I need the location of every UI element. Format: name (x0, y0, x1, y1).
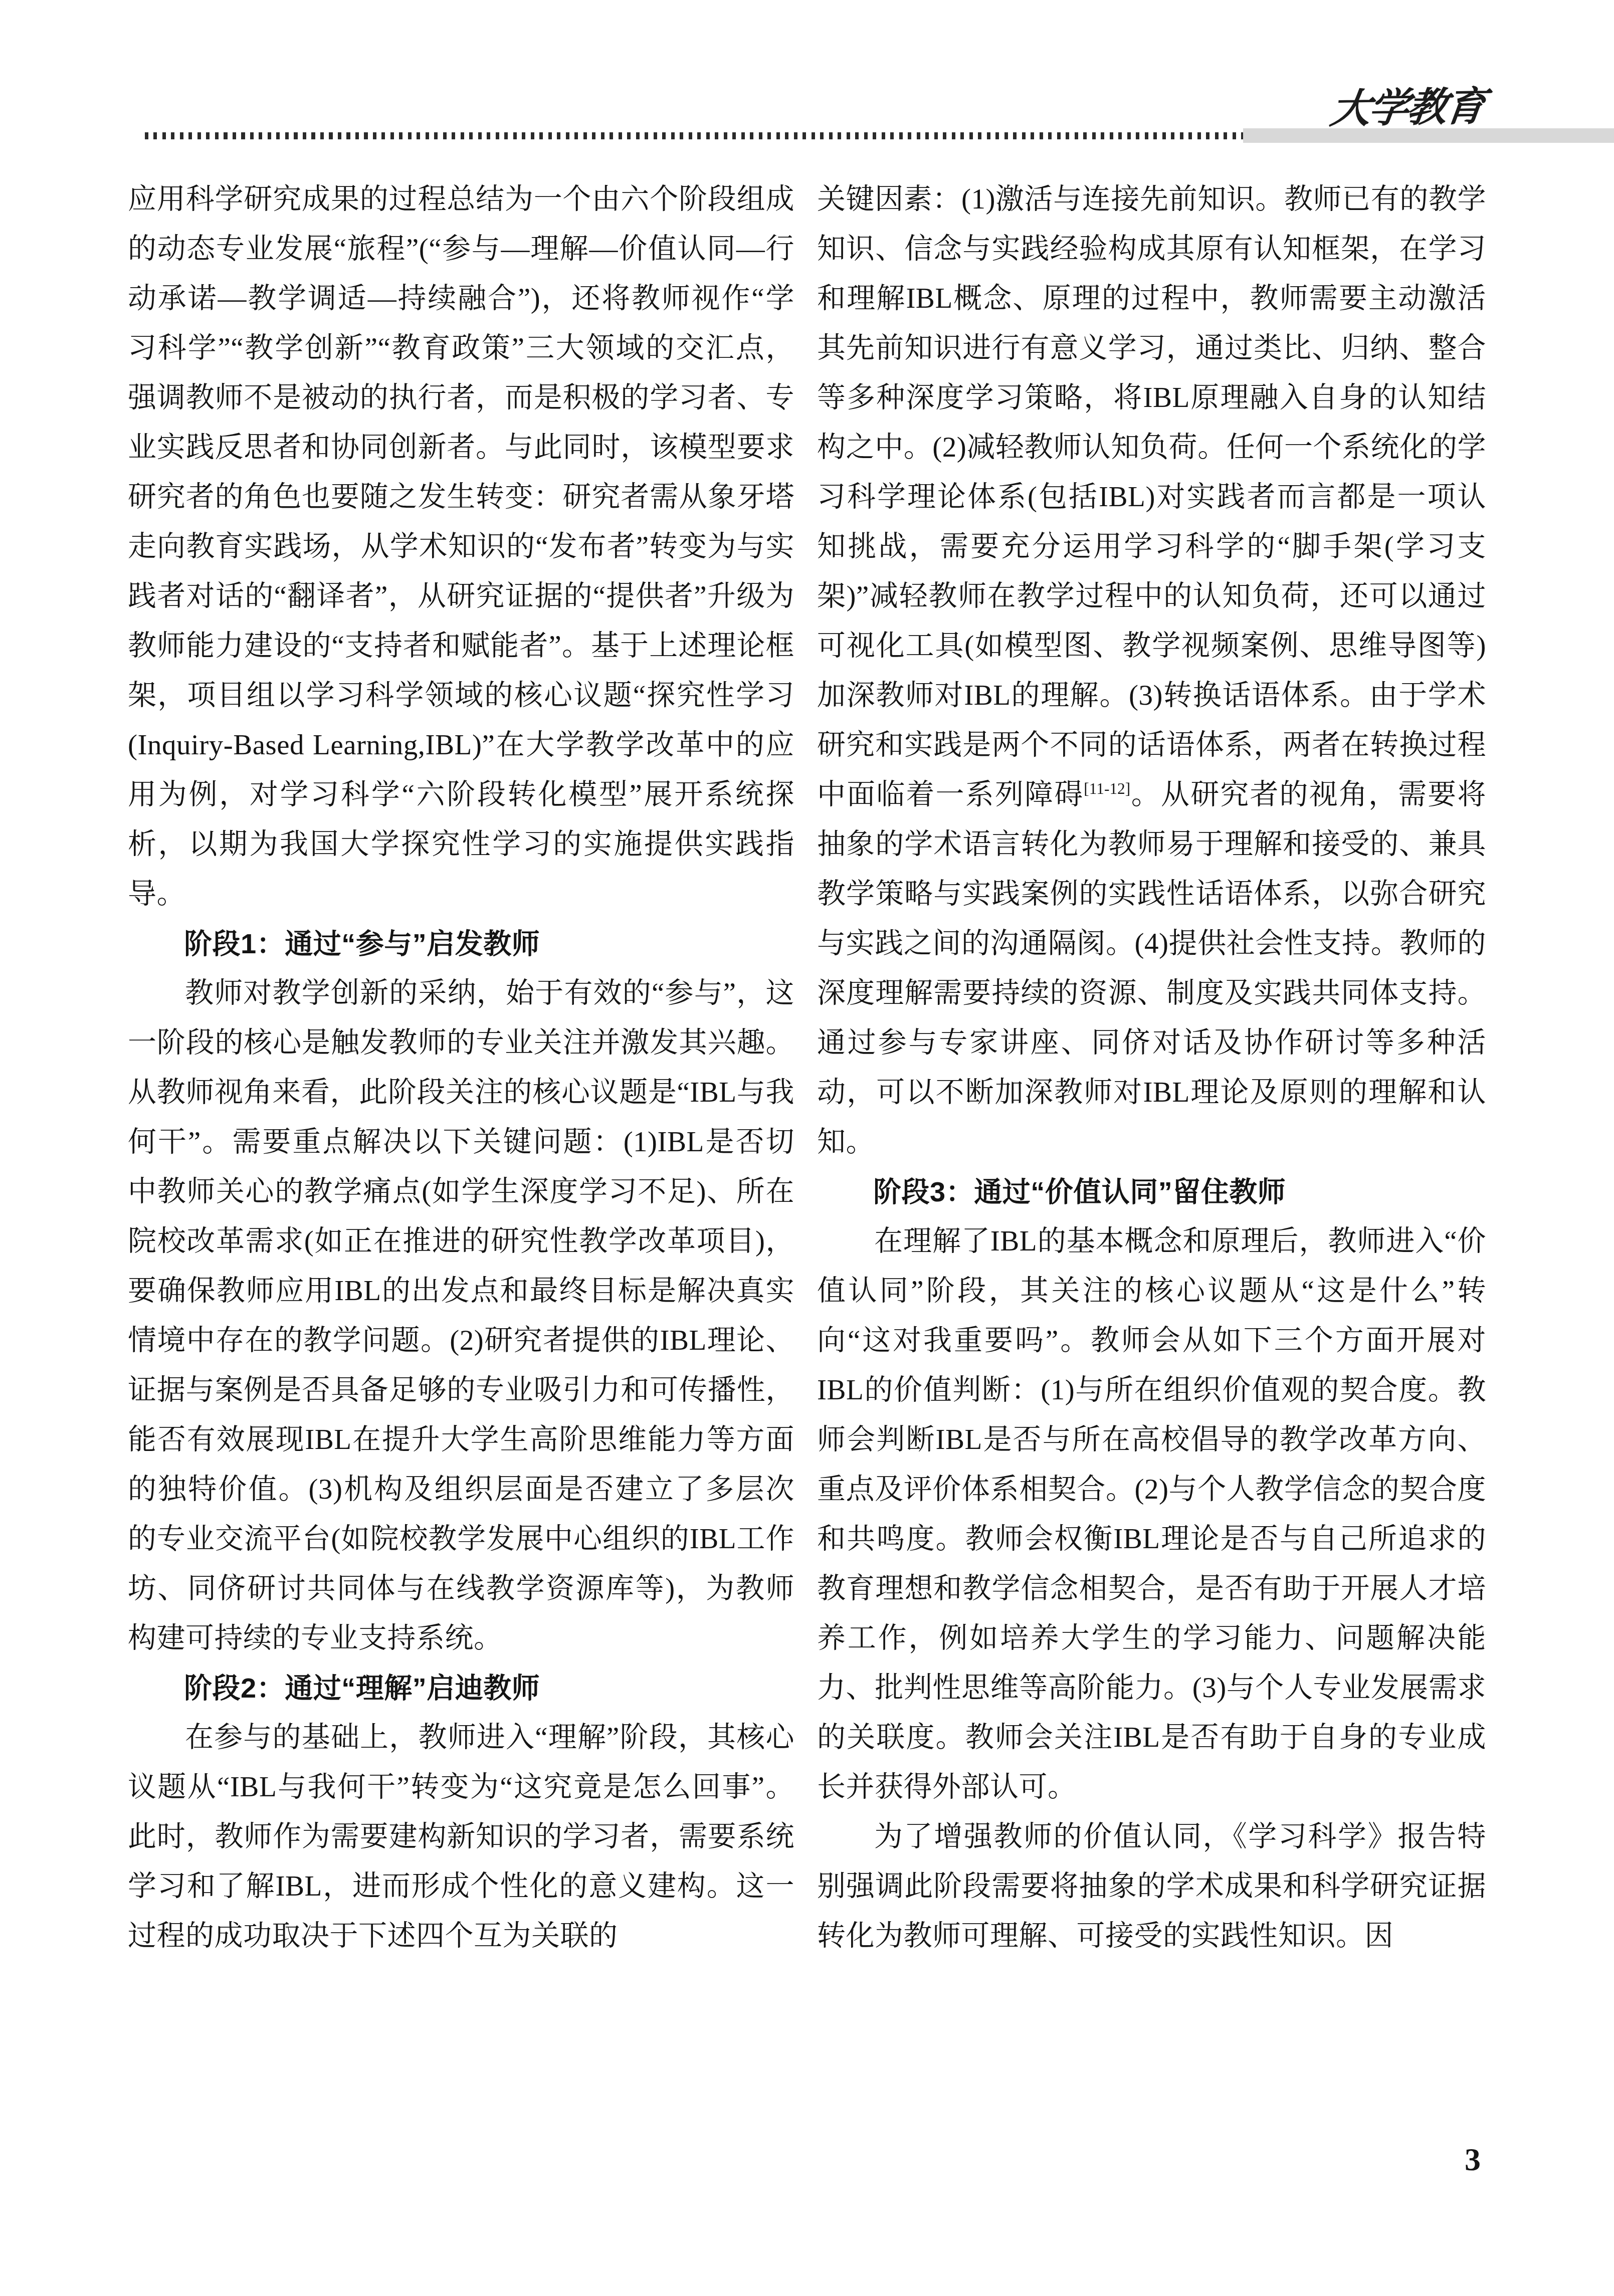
journal-logo-calligraphy: 大学教育 (1328, 83, 1500, 134)
citation-ref-11-12: [11-12] (1084, 780, 1130, 797)
paragraph-key-factors-text: 关键因素：(1)激活与连接先前知识。教师已有的教学知识、信念与实践经验构成其原有… (817, 183, 1486, 810)
stage2-heading: 阶段2：通过“理解”启迪教师 (128, 1663, 794, 1713)
paragraph-stage3: 在理解了IBL的基本概念和原理后，教师进入“价值认同”阶段，其关注的核心议题从“… (817, 1216, 1486, 1812)
paragraph-stage1: 教师对教学创新的采纳，始于有效的“参与”，这一阶段的核心是触发教师的专业关注并激… (128, 968, 794, 1663)
page-number: 3 (1465, 2141, 1481, 2178)
right-column: 关键因素：(1)激活与连接先前知识。教师已有的教学知识、信念与实践经验构成其原有… (817, 174, 1486, 1961)
paragraph-key-factors-text-after: 。从研究者的视角，需要将抽象的学术语言转化为教师易于理解和接受的、兼具教学策略与… (817, 779, 1486, 1158)
paragraph-key-factors: 关键因素：(1)激活与连接先前知识。教师已有的教学知识、信念与实践经验构成其原有… (817, 174, 1486, 1167)
journal-page: 大学教育 应用科学研究成果的过程总结为一个由六个阶段组成的动态专业发展“旅程”(… (0, 0, 1614, 2296)
stage1-heading: 阶段1：通过“参与”启发教师 (128, 919, 794, 968)
paragraph-value-enhance: 为了增强教师的价值认同，《学习科学》报告特别强调此阶段需要将抽象的学术成果和科学… (817, 1812, 1486, 1961)
paragraph-intro-continuation: 应用科学研究成果的过程总结为一个由六个阶段组成的动态专业发展“旅程”(“参与—理… (128, 174, 794, 919)
header-dotted-rule (145, 132, 1243, 139)
paragraph-stage2: 在参与的基础上，教师进入“理解”阶段，其核心议题从“IBL与我何干”转变为“这究… (128, 1713, 794, 1961)
left-column: 应用科学研究成果的过程总结为一个由六个阶段组成的动态专业发展“旅程”(“参与—理… (128, 174, 794, 1961)
stage3-heading: 阶段3：通过“价值认同”留住教师 (817, 1167, 1486, 1216)
